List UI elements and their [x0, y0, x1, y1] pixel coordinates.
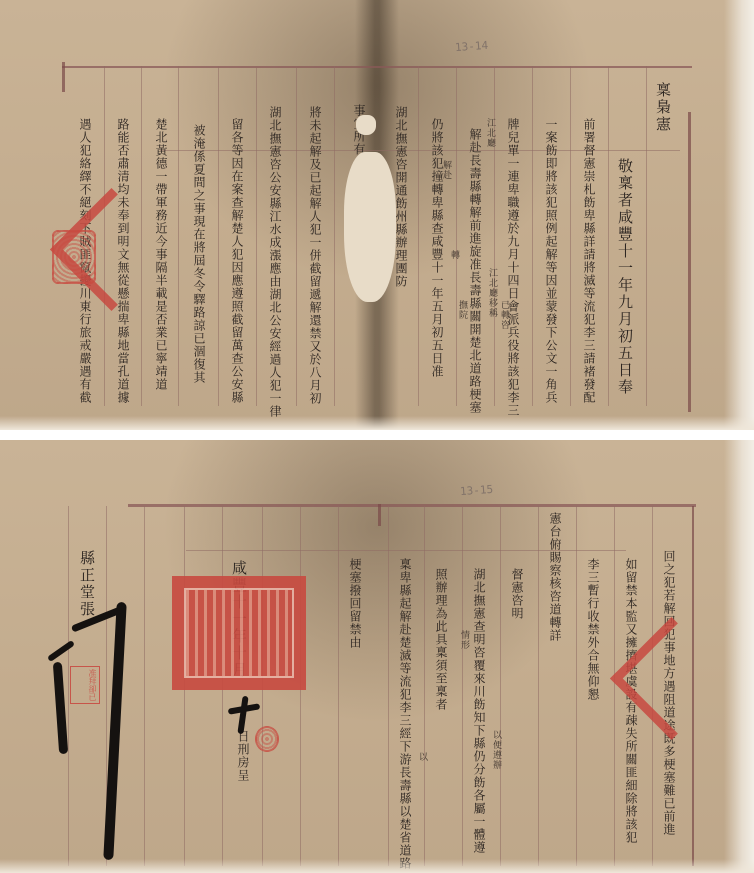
text-column: 留各等因在案查解楚人犯因應遵照截留萬查公安縣: [228, 118, 246, 404]
signature-stroke: [47, 640, 75, 662]
interlinear-note: 轉: [448, 250, 461, 260]
paper-damage: [344, 152, 396, 302]
text-column: 將未起解及已起解人犯一併截留遞解還禁又於八月初: [306, 106, 324, 405]
column-rule: [334, 66, 335, 406]
frame-right-border: [688, 112, 691, 412]
clerk-office-label: 日刑房呈: [234, 730, 252, 782]
text-column: 稟卑縣起解赴楚滅等流犯李三經下游長壽縣以楚省道路: [396, 558, 414, 870]
small-red-stamp: 准拜卻已: [70, 666, 100, 704]
column-rule: [614, 506, 615, 866]
text-column: 督憲咨明: [508, 568, 526, 620]
column-rule: [338, 506, 339, 866]
date-brush-mark: [237, 696, 248, 734]
column-rule: [68, 506, 69, 866]
page-edge: [0, 859, 754, 873]
column-rule: [500, 506, 501, 866]
page-edge: [724, 0, 754, 430]
column-rule: [646, 66, 647, 406]
interlinear-note: 情形: [458, 630, 471, 650]
page-separator: [0, 430, 754, 440]
column-rule: [538, 506, 539, 866]
interlinear-note: 以: [416, 752, 429, 762]
frame-left-mark: [62, 62, 65, 92]
column-rule: [462, 506, 463, 866]
small-round-seal: [255, 726, 279, 752]
signature-stroke: [53, 662, 68, 754]
column-rule: [576, 506, 577, 866]
text-column: 前署督憲崇札飭卑縣詳請將滅等流犯李三請褚發配: [580, 118, 598, 404]
column-rule: [256, 66, 257, 406]
column-rule: [178, 66, 179, 406]
column-rule: [418, 66, 419, 406]
page-edge: [724, 440, 754, 873]
folio-mark: 13-15: [460, 483, 494, 498]
interlinear-note: 解赴: [440, 160, 453, 180]
frame-mark: [378, 504, 381, 526]
interlinear-note: 已轉咨: [498, 300, 511, 330]
interlinear-note: 江北廳: [484, 118, 497, 148]
manuscript-page-2: 13-15 回之犯若解回犯事地方遇阻道途既多梗塞難已前進 如留禁本監又擁擠堪虞設…: [0, 440, 754, 873]
text-column: 湖北撫憲咨公安縣江水成漲應由湖北公安經過人犯一律: [266, 106, 284, 418]
official-red-seal: [172, 576, 306, 690]
text-column: 解赴長壽縣轉解前進旋准長壽縣關開楚北道路梗塞: [466, 128, 484, 414]
magistrate-title: 縣正堂張: [78, 550, 96, 618]
text-column: 敬稟者咸豐十一年九月初五日奉: [616, 158, 634, 396]
text-column: 稟梟憲: [654, 82, 672, 133]
page-edge: [0, 416, 754, 430]
column-rule: [608, 66, 609, 406]
frame-top-rule: [62, 66, 692, 68]
column-rule: [388, 506, 389, 866]
column-rule: [296, 66, 297, 406]
text-column: 李三暫行收禁外合無仰懇: [584, 558, 602, 701]
folio-mark: 13-14: [455, 39, 489, 54]
interlinear-note: 以便遵辦: [490, 730, 503, 770]
column-rule: [494, 66, 495, 406]
column-rule: [532, 66, 533, 406]
text-column: 牌兒單一連卑職遵於九月十四日會派兵役將該犯李三: [504, 118, 522, 417]
manuscript-page-1: 13-14 稟梟憲 敬稟者咸豐十一年九月初五日奉 前署督憲崇札飭卑縣詳請將滅等流…: [0, 0, 754, 430]
text-column: 仍將該犯撞轉卑縣查咸豐十一年五月初五日准: [428, 118, 446, 378]
column-rule: [218, 66, 219, 406]
text-column: 一案飭即將該犯照例起解等因並蒙發下公文一角兵: [542, 118, 560, 404]
interlinear-note: 撫院: [456, 300, 469, 320]
faint-seal-impression: [52, 230, 96, 284]
text-column: 被淹係夏間之事現在將屆冬令驛路諒已涸復其: [190, 124, 208, 384]
column-rule: [570, 66, 571, 406]
text-column: 梗塞撥回留禁由: [346, 558, 364, 649]
frame-top-rule: [128, 504, 696, 507]
text-column: 照辦理為此具稟須至稟者: [432, 568, 450, 711]
paper-damage: [356, 115, 376, 135]
column-rule: [456, 66, 457, 406]
column-rule: [424, 506, 425, 866]
text-column: 憲台俯賜察核咨道轉詳: [546, 512, 564, 642]
column-rule: [144, 506, 145, 866]
text-column: 湖北撫憲查明咨覆來川飭知下縣仍分飭各屬一體遵: [470, 568, 488, 854]
